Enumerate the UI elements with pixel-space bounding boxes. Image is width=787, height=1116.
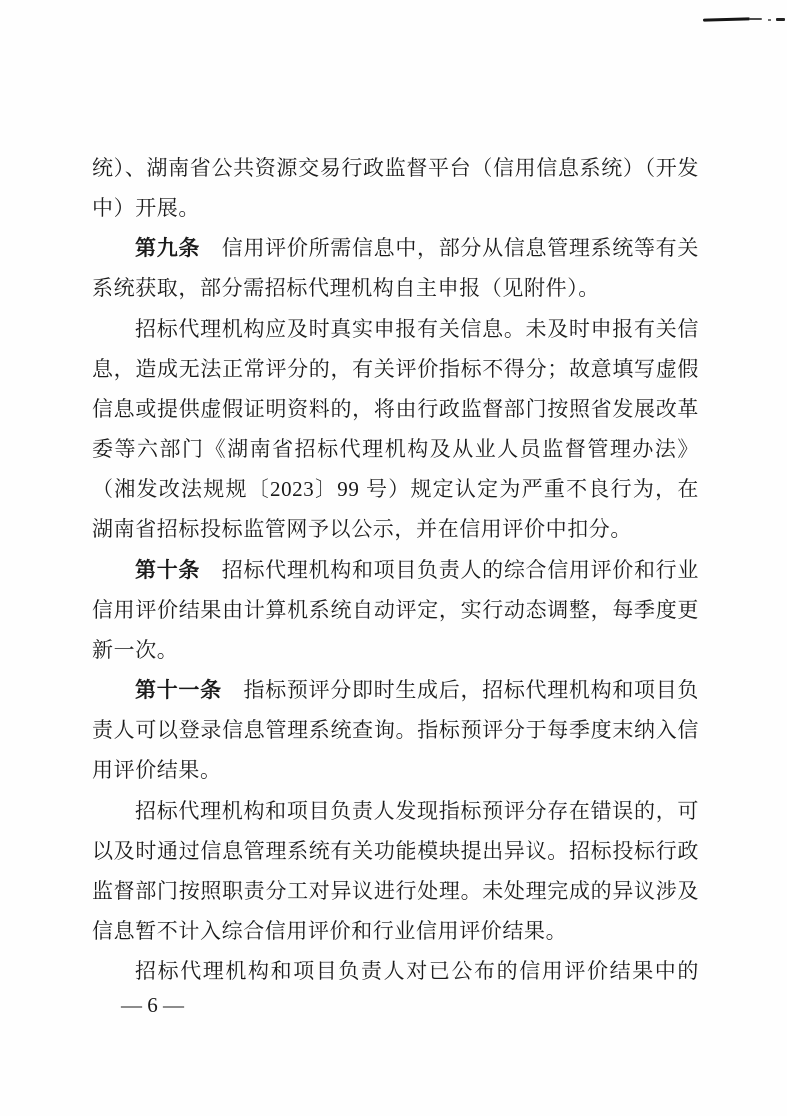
- ink-streak: [703, 17, 750, 21]
- ink-streak-tail: [749, 18, 762, 20]
- paragraph-text: 统）、湖南省公共资源交易行政监督平台（信用信息系统）（开发中）开展。: [92, 156, 699, 220]
- page-number: — 6 —: [121, 993, 184, 1018]
- ink-smudge-mark: [703, 15, 787, 25]
- paragraph: 招标代理机构应及时真实申报有关信息。未及时申报有关信息，造成无法正常评分的，有关…: [92, 309, 699, 550]
- paragraph: 第十条 招标代理机构和项目负责人的综合信用评价和行业信用评价结果由计算机系统自动…: [92, 550, 699, 670]
- article-number: 第十条: [135, 558, 200, 582]
- ink-dot-small: [768, 19, 771, 21]
- article-number: 第九条: [135, 236, 200, 260]
- paragraph-text: 招标代理机构和项目负责人对已公布的信用评价结果中的: [135, 959, 699, 983]
- paragraph-text: 招标代理机构和项目负责人发现指标预评分存在错误的，可以及时通过信息管理系统有关功…: [92, 799, 699, 943]
- paragraph: 统）、湖南省公共资源交易行政监督平台（信用信息系统）（开发中）开展。: [92, 148, 699, 228]
- document-page: 统）、湖南省公共资源交易行政监督平台（信用信息系统）（开发中）开展。第九条 信用…: [0, 0, 787, 1116]
- ink-dot-large: [776, 18, 785, 21]
- paragraph-text: 招标代理机构应及时真实申报有关信息。未及时申报有关信息，造成无法正常评分的，有关…: [92, 317, 699, 542]
- paragraph: 第十一条 指标预评分即时生成后，招标代理机构和项目负责人可以登录信息管理系统查询…: [92, 670, 699, 790]
- article-number: 第十一条: [135, 678, 222, 702]
- document-body: 统）、湖南省公共资源交易行政监督平台（信用信息系统）（开发中）开展。第九条 信用…: [92, 148, 699, 991]
- paragraph: 招标代理机构和项目负责人对已公布的信用评价结果中的: [92, 951, 699, 991]
- paragraph: 第九条 信用评价所需信息中，部分从信息管理系统等有关系统获取，部分需招标代理机构…: [92, 228, 699, 308]
- paragraph: 招标代理机构和项目负责人发现指标预评分存在错误的，可以及时通过信息管理系统有关功…: [92, 791, 699, 952]
